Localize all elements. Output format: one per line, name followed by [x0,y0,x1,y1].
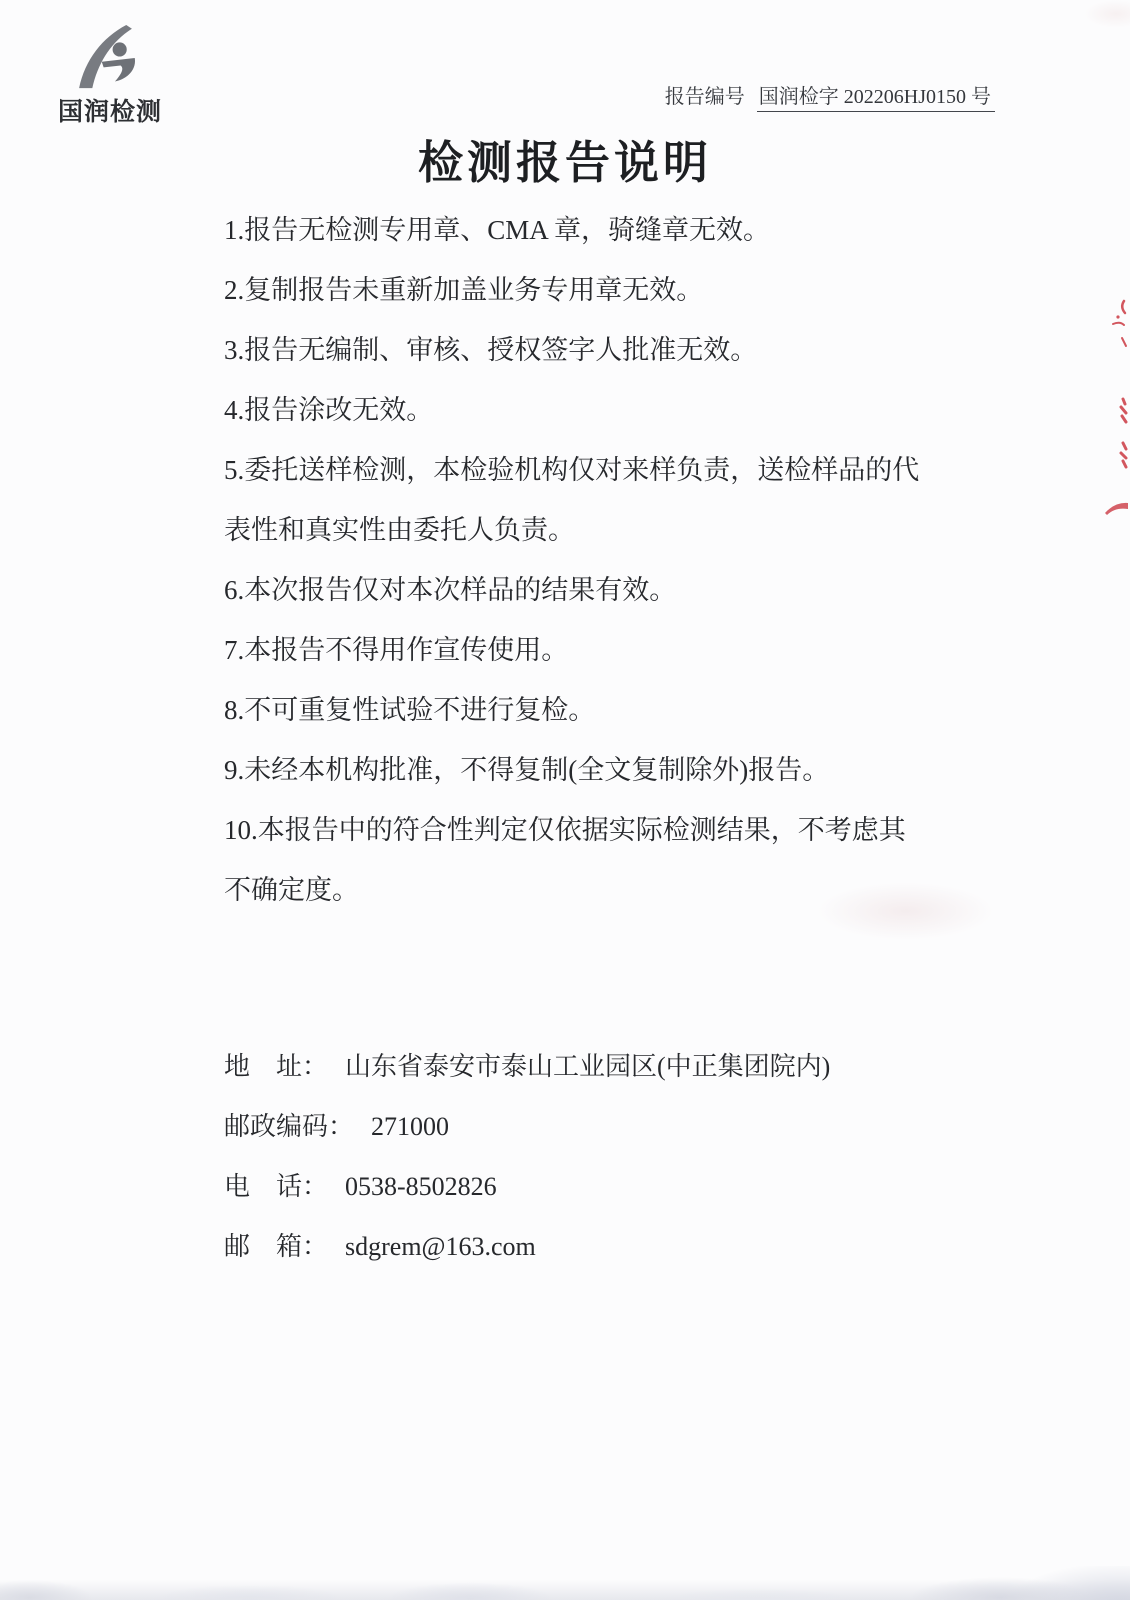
page-title: 检测报告说明 [0,126,1130,191]
report-number-label: 报告编号 [665,86,745,108]
notes-list: 1.报告无检测专用章、CMA 章，骑缝章无效。 2.复制报告未重新加盖业务专用章… [224,200,980,920]
contact-row-postal-code: 邮政编码： 271000 [224,1097,830,1157]
note-line-4: 4.报告涂改无效。 [224,380,980,440]
note-line-10a: 10.本报告中的符合性判定仅依据实际检测结果，不考虑其 [224,800,980,860]
note-line-8: 8.不可重复性试验不进行复检。 [224,680,980,740]
company-logo: 国润检测 [58,24,188,128]
email-label-end: 箱： [276,1217,328,1277]
report-number-value: 国润检字 202206HJ0150 号 [757,86,995,112]
note-line-9: 9.未经本机构批准，不得复制(全文复制除外)报告。 [224,740,980,800]
red-seal-fragment-icon [1102,293,1130,523]
scan-noise-strip [0,1566,1130,1600]
address-label: 地址： [224,1037,328,1097]
email-label: 邮箱： [224,1217,328,1277]
scan-corner-artifact [1060,0,1130,40]
email-value: sdgrem@163.com [328,1217,536,1277]
contact-block: 地址： 山东省泰安市泰山工业园区(中正集团院内) 邮政编码： 271000 电话… [224,1037,830,1277]
note-line-3: 3.报告无编制、审核、授权签字人批准无效。 [224,320,980,380]
note-line-10b: 不确定度。 [224,860,980,920]
postal-code-label: 邮政编码： [224,1097,354,1157]
note-line-7: 7.本报告不得用作宣传使用。 [224,620,980,680]
phone-label-end: 话： [276,1157,328,1217]
postal-code-label-text: 邮政编码： [224,1097,354,1157]
phone-label: 电话： [224,1157,328,1217]
postal-code-value: 271000 [354,1097,449,1157]
company-logo-icon [66,24,162,90]
note-line-5b: 表性和真实性由委托人负责。 [224,500,980,560]
address-label-end: 址： [276,1037,328,1097]
address-label-start: 地 [224,1037,250,1097]
phone-label-start: 电 [224,1157,250,1217]
contact-row-address: 地址： 山东省泰安市泰山工业园区(中正集团院内) [224,1037,830,1097]
note-line-6: 6.本次报告仅对本次样品的结果有效。 [224,560,980,620]
note-line-5a: 5.委托送样检测，本检验机构仅对来样负责，送检样品的代 [224,440,980,500]
note-line-1: 1.报告无检测专用章、CMA 章，骑缝章无效。 [224,200,980,260]
contact-row-phone: 电话： 0538-8502826 [224,1157,830,1217]
document-page: 国润检测 报告编号国润检字 202206HJ0150 号 检测报告说明 1.报告… [0,0,1130,1600]
contact-row-email: 邮箱： sdgrem@163.com [224,1217,830,1277]
address-value: 山东省泰安市泰山工业园区(中正集团院内) [328,1037,830,1097]
phone-value: 0538-8502826 [328,1157,497,1217]
email-label-start: 邮 [224,1217,250,1277]
report-number: 报告编号国润检字 202206HJ0150 号 [665,80,995,109]
note-line-2: 2.复制报告未重新加盖业务专用章无效。 [224,260,980,320]
company-logo-text: 国润检测 [58,92,188,128]
